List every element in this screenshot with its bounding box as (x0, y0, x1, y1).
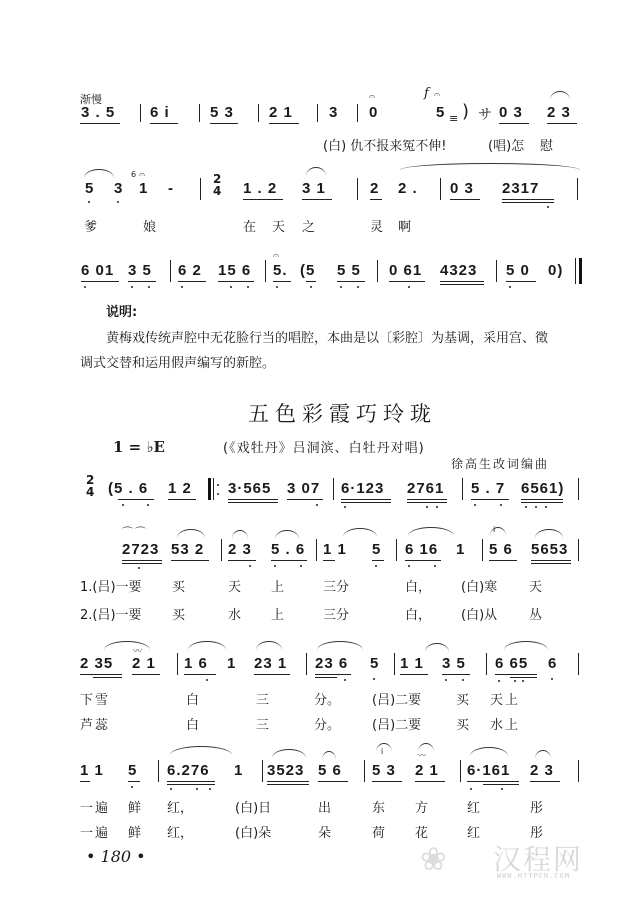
low-octave-dot (434, 565, 436, 567)
slur (425, 643, 449, 652)
repeat-dot (217, 484, 219, 486)
barline (578, 478, 579, 500)
low-octave-dot (138, 567, 140, 569)
time-sig-bottom: 4 (213, 184, 221, 198)
underline (489, 560, 517, 561)
slur (272, 749, 306, 758)
barline (199, 104, 200, 122)
underline (93, 677, 122, 678)
underline (440, 284, 484, 285)
underline (400, 674, 428, 675)
underline (450, 199, 480, 200)
lyric: 灵 (370, 216, 383, 235)
underline (471, 499, 509, 500)
slur (317, 641, 363, 650)
lyric: 红， (167, 797, 193, 816)
underline (315, 674, 351, 675)
lyric: 白， (405, 604, 431, 623)
underline (267, 784, 309, 785)
lyric: 水上 (490, 714, 520, 733)
lyric: (吕)二要 (372, 714, 421, 733)
underline (269, 123, 299, 124)
lyric: 天 (272, 216, 285, 235)
lyric: 白， (405, 576, 431, 595)
slur (550, 91, 570, 100)
note-group: 0 3 (450, 180, 474, 197)
lyric: (吕)二要 (372, 689, 421, 708)
underline (267, 781, 309, 782)
lyric: (白)朵 (235, 822, 271, 841)
low-octave-dot (525, 506, 527, 508)
barline (396, 539, 397, 561)
note: 2 . (398, 180, 418, 197)
note-group: 4323 (440, 262, 477, 279)
note-group: 2 3 (530, 762, 554, 779)
barline (357, 104, 358, 122)
underline (495, 674, 537, 675)
underline (407, 502, 447, 503)
lyric: (白)寒 (461, 576, 497, 595)
slur (84, 169, 114, 178)
note-group: 3 5 (128, 262, 152, 279)
watermark-logo-icon: ❀ (420, 840, 447, 878)
low-octave-dot (117, 201, 119, 203)
barline (377, 260, 378, 282)
lyric: 1.(吕)一要 (80, 576, 142, 595)
key-signature: 1 = ♭E (113, 438, 165, 456)
low-octave-dot (514, 680, 516, 682)
free-tempo-mark: サ (478, 104, 492, 124)
barline (258, 104, 259, 122)
underline (81, 281, 119, 282)
underline (341, 502, 391, 503)
barline (262, 760, 263, 782)
lyric: 买 (456, 714, 469, 733)
barline (482, 539, 483, 561)
dash: - (168, 180, 174, 197)
underline (243, 199, 283, 200)
lyric: 买 (172, 604, 185, 623)
explanation-heading: 说明: (106, 300, 137, 325)
underline (228, 502, 278, 503)
page-number: • 180 • (86, 847, 146, 866)
lyric: 啊 (398, 216, 411, 235)
note-group: 2761 (407, 480, 444, 497)
underline (273, 281, 291, 282)
underline (178, 281, 206, 282)
grace-note: i (381, 747, 383, 756)
underline (405, 560, 441, 561)
slur (376, 743, 392, 752)
slur (177, 529, 205, 538)
underline (271, 560, 307, 561)
low-octave-dot (209, 788, 211, 790)
fermata-icon: 𝄐 (434, 88, 440, 102)
lyric: 鲜 (128, 797, 141, 816)
note-group: 6 i (150, 104, 170, 121)
barline (317, 104, 318, 122)
low-octave-dot (310, 286, 312, 288)
note-group: 5653 (531, 541, 568, 558)
lyric: 分。 (314, 689, 340, 708)
barline (578, 539, 579, 561)
barline (177, 653, 178, 675)
barline (460, 760, 461, 782)
lyric-spoken: (白) 仇不报来冤不伸! (323, 135, 447, 154)
barline (265, 260, 266, 282)
low-octave-dot (551, 678, 553, 680)
underline (323, 560, 335, 561)
lyric: 上 (271, 576, 284, 595)
note: 5 (436, 104, 445, 121)
lyric: (白)日 (235, 797, 271, 816)
lyric: 水 (228, 604, 241, 623)
low-octave-dot (522, 680, 524, 682)
lyric-sung: 慰 (540, 135, 553, 154)
low-octave-dot (230, 286, 232, 288)
note-group: 6·161 (467, 762, 510, 779)
low-octave-dot (509, 286, 511, 288)
fermata-icon: 𝄐 (369, 90, 375, 104)
note-group: 23 1 (254, 655, 287, 672)
note: 1 (234, 762, 243, 779)
note-group: 1 6 (184, 655, 208, 672)
lyric: 朵 (318, 822, 331, 841)
lyric: 红， (167, 822, 193, 841)
trill-icon: 〰 (418, 750, 426, 761)
low-octave-dot (274, 565, 276, 567)
low-octave-dot (500, 504, 502, 506)
low-octave-dot (148, 286, 150, 288)
note-group: 1 1 (400, 655, 424, 672)
grace-note: 6 (131, 170, 136, 179)
song-subtitle: (《戏牡丹》吕洞滨、白牡丹对唱) (223, 437, 425, 456)
underline (440, 281, 484, 282)
note-group: 5 0 (506, 262, 530, 279)
lyric: 白 (186, 689, 199, 708)
underline (80, 781, 90, 782)
underline (287, 499, 323, 500)
repeat-barline-thin (213, 478, 214, 500)
lyric: 买 (456, 689, 469, 708)
underline (502, 202, 554, 203)
lyric: 彤 (530, 797, 543, 816)
note-group: 5 3 (372, 762, 396, 779)
note: 1 (227, 655, 236, 672)
song-credit: 徐高生改词编曲 (451, 455, 549, 472)
note-group: (5 (300, 262, 315, 279)
note-group: 0 61 (389, 262, 422, 279)
underline (122, 560, 162, 561)
underline (530, 781, 560, 782)
note-group: 1 2 (168, 480, 192, 497)
slur (232, 530, 248, 539)
barline (364, 760, 365, 782)
underline (254, 674, 290, 675)
barline (440, 178, 441, 200)
underline (80, 674, 122, 675)
underline (132, 674, 160, 675)
barline (221, 539, 222, 561)
low-octave-dot (545, 506, 547, 508)
low-octave-dot (181, 286, 183, 288)
underline (531, 563, 571, 564)
note-group: 1 . 2 (243, 180, 277, 197)
lyric: 娘 (143, 216, 156, 235)
slur (343, 528, 377, 537)
underline (510, 677, 537, 678)
note: 3 (114, 180, 123, 197)
note-group: 6 65 (495, 655, 528, 672)
final-barline-thick (579, 258, 582, 284)
underline (407, 499, 447, 500)
low-octave-dot (247, 286, 249, 288)
note-group: 6561) (521, 480, 564, 497)
low-octave-dot (249, 565, 251, 567)
underline (306, 281, 316, 282)
underline (521, 502, 563, 503)
barline (170, 260, 171, 282)
barline (200, 178, 201, 200)
note: 5 (128, 762, 137, 779)
low-octave-dot (340, 286, 342, 288)
lyric: 三 (256, 714, 269, 733)
lyric: 在 (243, 216, 256, 235)
note-group: 2 35 (80, 655, 113, 672)
note: 5 (370, 655, 379, 672)
lyric: 天 (529, 576, 542, 595)
slur (535, 529, 563, 538)
slur (170, 746, 232, 755)
note-group: 2 3 (547, 104, 571, 121)
underline (499, 123, 529, 124)
explanation-text: 黄梅戏传统声腔中无花脸行当的唱腔，本曲是以〔彩腔〕为基调，采用宫、徵 (106, 326, 548, 351)
lyric: 三分 (323, 576, 349, 595)
low-octave-dot (501, 788, 503, 790)
barline (578, 760, 579, 782)
underline (506, 281, 536, 282)
note-group: 5 3 (210, 104, 234, 121)
note-group: 6 01 (81, 262, 114, 279)
underline (372, 781, 402, 782)
slur (535, 750, 551, 759)
low-octave-dot (88, 201, 90, 203)
note-group: 3523 (267, 762, 304, 779)
low-octave-dot (300, 565, 302, 567)
low-octave-dot (408, 286, 410, 288)
slur (470, 747, 508, 756)
lyric: 鲜 (128, 822, 141, 841)
time-signature: 2 4 (86, 474, 94, 498)
note-group: 5 6 (318, 762, 342, 779)
low-octave-dot (147, 504, 149, 506)
underline (415, 781, 445, 782)
slur (504, 641, 548, 650)
note-group: 0 3 (499, 104, 523, 121)
low-octave-dot (196, 788, 198, 790)
note-group: 2 3 (228, 541, 252, 558)
time-signature: 2 4 (213, 173, 221, 197)
low-octave-dot (375, 565, 377, 567)
barline (140, 104, 141, 122)
note-group: 3 07 (287, 480, 320, 497)
lyric: 下雪 (80, 689, 110, 708)
underline (128, 281, 156, 282)
lyric: 东 (372, 797, 385, 816)
lyric: 天 (228, 576, 241, 595)
lyric: 爹 (84, 216, 97, 235)
low-octave-dot (373, 678, 375, 680)
underline (228, 499, 278, 500)
final-barline-thin (575, 258, 576, 284)
underline (467, 781, 519, 782)
barline (306, 653, 307, 675)
underline (531, 560, 571, 561)
low-octave-dot (131, 786, 133, 788)
lyric: 花 (415, 822, 428, 841)
barline (577, 178, 578, 200)
underline (80, 123, 120, 124)
slur (408, 527, 454, 536)
low-octave-dot (547, 206, 549, 208)
underline (442, 674, 470, 675)
low-octave-dot (170, 788, 172, 790)
note-group: 2 1 (269, 104, 293, 121)
barline (462, 478, 463, 500)
lyric: 红 (467, 822, 480, 841)
note-group: 6·123 (341, 480, 384, 497)
lyric: 白 (186, 714, 199, 733)
underline (302, 199, 332, 200)
low-octave-dot (344, 506, 346, 508)
slur (256, 641, 282, 650)
lyric: 上 (271, 604, 284, 623)
note-group: 0) (548, 262, 563, 279)
repeat-dot (217, 493, 219, 495)
note-group: 6.276 (167, 762, 210, 779)
explanation-text: 调式交替和运用假声编写的新腔。 (80, 351, 275, 376)
lyric-sung: (唱)怎 (488, 135, 524, 154)
underline (210, 123, 238, 124)
low-octave-dot (206, 679, 208, 681)
note-group: 2 1 (132, 655, 156, 672)
underline (337, 281, 365, 282)
barline (496, 260, 497, 282)
note: 5 (85, 180, 94, 197)
underline (341, 499, 391, 500)
low-octave-dot (408, 565, 410, 567)
note-group: 6 16 (405, 541, 438, 558)
note-group: 53 2 (171, 541, 204, 558)
lyric: 方 (415, 797, 428, 816)
lyric: 之 (302, 216, 315, 235)
low-octave-dot (462, 679, 464, 681)
lyric: 丛 (529, 604, 542, 623)
note-group: 3 5 (442, 655, 466, 672)
lyric: 一遍 (80, 797, 110, 816)
note: 2 (370, 180, 379, 197)
note: 5. (273, 262, 288, 279)
low-octave-dot (122, 504, 124, 506)
note: 6 (548, 655, 557, 672)
barline (333, 478, 334, 500)
note-group: 15 6 (218, 262, 251, 279)
slur (104, 641, 150, 650)
slur: ⌒⌒ (122, 524, 148, 540)
underline (483, 784, 519, 785)
note-group: 2317 (502, 180, 539, 197)
note-group: 23 6 (315, 655, 348, 672)
underline (171, 560, 209, 561)
underline (184, 674, 216, 675)
fermata-icon: 𝄐 (273, 249, 279, 263)
note-group: 3 . 5 (81, 104, 115, 121)
note-group: 6 2 (178, 262, 202, 279)
note-group: 5 . 7 (471, 480, 505, 497)
underline (521, 499, 563, 500)
underline (547, 123, 577, 124)
note-group: 1 1 (323, 541, 347, 558)
note-group: 5 6 (489, 541, 513, 558)
grace-note: i (493, 525, 495, 534)
underline (372, 560, 384, 561)
low-octave-dot (498, 680, 500, 682)
barline (316, 539, 317, 561)
note-group: 2 1 (415, 762, 439, 779)
low-octave-dot (426, 506, 428, 508)
underline (167, 784, 215, 785)
low-octave-dot (344, 679, 346, 681)
song-title: 五色彩霞巧玲珑 (248, 398, 437, 428)
underline (318, 781, 348, 782)
underline (218, 281, 254, 282)
underline (167, 781, 215, 782)
underline (168, 499, 196, 500)
time-sig-bottom: 4 (86, 485, 94, 499)
low-octave-dot (445, 679, 447, 681)
lyric: 芦蕊 (80, 714, 110, 733)
note-group: 5 5 (337, 262, 361, 279)
underline (150, 123, 178, 124)
underline (389, 281, 425, 282)
note: 5 (372, 541, 381, 558)
low-octave-dot (131, 286, 133, 288)
lyric: 三 (256, 689, 269, 708)
underline (370, 199, 382, 200)
slur (275, 530, 299, 539)
lyric: 三分 (323, 604, 349, 623)
barline (486, 653, 487, 675)
lyric: 天上 (490, 689, 520, 708)
dynamic-forte: f (424, 86, 429, 101)
slur (322, 751, 336, 760)
lyric: 2.(吕)一要 (80, 604, 142, 623)
lyric: 出 (318, 797, 331, 816)
low-octave-dot (316, 504, 318, 506)
note-group: 3 1 (302, 180, 326, 197)
slur (400, 163, 580, 170)
note-group: (5 . 6 (108, 480, 148, 497)
barline (158, 760, 159, 782)
barline (394, 653, 395, 675)
underline (118, 499, 154, 500)
note-group: 2723 (122, 541, 159, 558)
barline (357, 178, 358, 200)
lyric: 买 (172, 576, 185, 595)
low-octave-dot (535, 506, 537, 508)
slur (306, 167, 326, 176)
low-octave-dot (474, 504, 476, 506)
